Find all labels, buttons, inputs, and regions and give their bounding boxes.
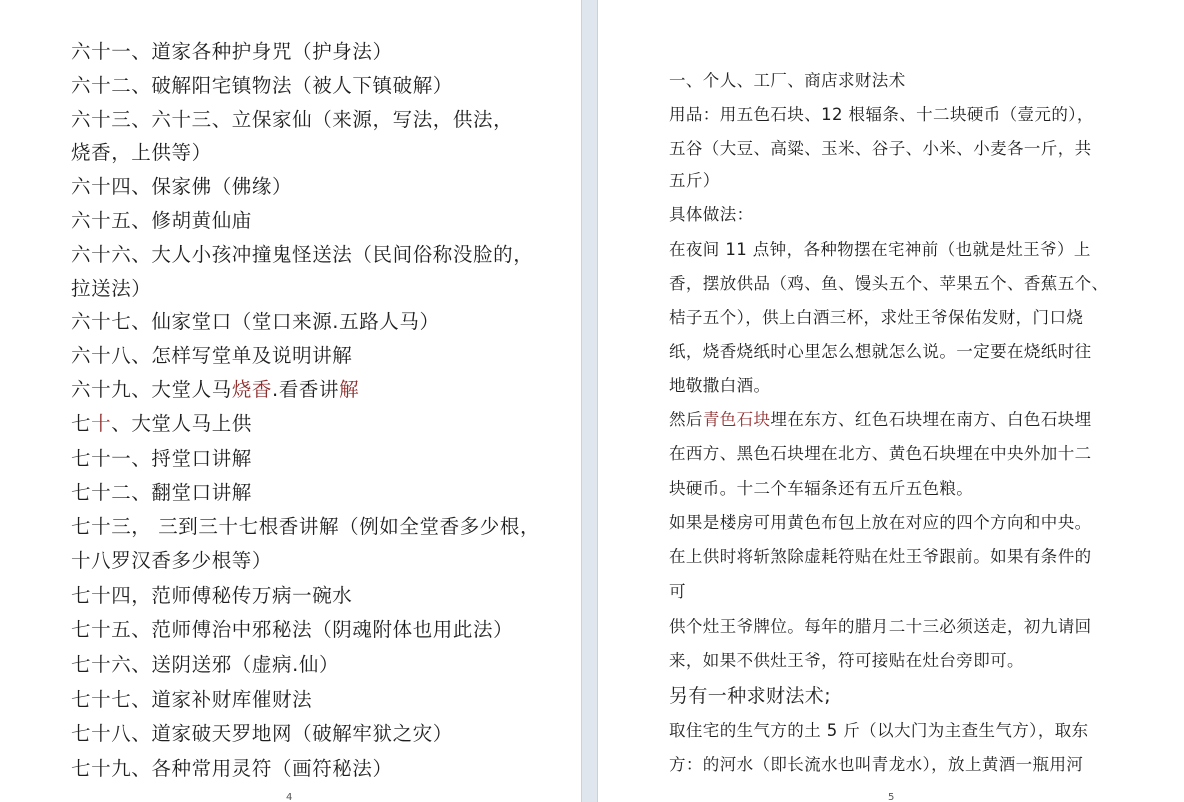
- section-title: 一、个人、工厂、商店求财法术: [669, 73, 906, 90]
- toc-line: 六十四、保家佛（佛缘）: [71, 177, 292, 197]
- document-page-5: 一、个人、工厂、商店求财法术 用品：用五色石块、12 根辐条、十二块硬币（壹元的…: [598, 0, 1184, 802]
- body-line: 地敬撒白酒。: [669, 378, 770, 395]
- toc-line: 十八罗汉香多少根等）: [71, 551, 272, 571]
- body-line: 五谷（大豆、高粱、玉米、谷子、小米、小麦各一斤，共: [669, 141, 1092, 158]
- body-line: 如果是楼房可用黄色布包上放在对应的四个方向和中央。: [669, 515, 1092, 532]
- toc-line: 六十七、仙家堂口（堂口来源.五路人马）: [71, 312, 440, 332]
- body-text: 然后: [669, 410, 703, 429]
- body-line: 在上供时将斩煞除虚耗符贴在灶王爷跟前。如果有条件的: [669, 549, 1092, 566]
- body-line: 在夜间 11 点钟，各种物摆在宅神前（也就是灶王爷）上: [669, 242, 1091, 259]
- body-line: 桔子五个），供上白酒三杯，求灶王爷保佑发财，门口烧: [669, 310, 1083, 327]
- toc-line: 六十八、怎样写堂单及说明讲解: [71, 346, 352, 366]
- toc-line: 七十一、捋堂口讲解: [71, 449, 252, 469]
- toc-line: 七十八、道家破天罗地网（破解牢狱之灾）: [71, 724, 453, 744]
- toc-line: 七十四，范师傅秘传万病一碗水: [71, 586, 352, 606]
- page-number: 4: [286, 793, 292, 802]
- toc-line: 六十一、道家各种护身咒（护身法）: [71, 42, 393, 62]
- highlighted-text: 烧香: [232, 378, 272, 401]
- toc-line: 七十六、送阴送邪（虚病.仙）: [71, 655, 339, 675]
- highlighted-text: 青色石块: [703, 410, 771, 429]
- page-number: 5: [888, 793, 894, 802]
- toc-line: 六十五、修胡黄仙庙: [71, 211, 252, 231]
- body-line: 方：的河水（即长流水也叫青龙水），放上黄酒一瓶用河: [669, 757, 1083, 774]
- body-text: 埋在东方、红色石块埋在南方、白色石块埋: [770, 410, 1091, 429]
- body-line: 块硬币。十二个车辐条还有五斤五色粮。: [669, 481, 973, 498]
- toc-line: 六十二、破解阳宅镇物法（被人下镇破解）: [71, 76, 453, 96]
- toc-line: 七十二、翻堂口讲解: [71, 483, 252, 503]
- toc-line: 拉送法）: [71, 279, 151, 299]
- body-line: 纸，烧香烧纸时心里怎么想就怎么说。一定要在烧纸时往: [669, 344, 1092, 361]
- toc-line: 七十七、道家补财库催财法: [71, 690, 312, 710]
- highlighted-text: 十: [91, 412, 111, 435]
- subsection-heading: 另有一种求财法术;: [669, 687, 831, 706]
- document-page-4: 六十一、道家各种护身咒（护身法） 六十二、破解阳宅镇物法（被人下镇破解） 六十三…: [0, 0, 581, 802]
- toc-text: 七: [71, 412, 91, 435]
- body-line: 来，如果不供灶王爷，符可接贴在灶台旁即可。: [669, 653, 1024, 670]
- page-gutter: [581, 0, 598, 802]
- body-line: 五斤）: [669, 173, 720, 190]
- toc-line: 七十五、范师傅治中邪秘法（阴魂附体也用此法）: [71, 620, 513, 640]
- body-line: 用品：用五色石块、12 根辐条、十二块硬币（壹元的），: [669, 107, 1094, 124]
- body-line-highlighted: 然后青色石块埋在东方、红色石块埋在南方、白色石块埋: [669, 412, 1092, 429]
- body-line: 香，摆放供品（鸡、鱼、馒头五个、苹果五个、香蕉五个、: [669, 276, 1108, 293]
- toc-line: 七十九、各种常用灵符（画符秘法）: [71, 759, 393, 779]
- toc-line: 六十六、大人小孩冲撞鬼怪送法（民间俗称没脸的，: [71, 245, 533, 265]
- toc-line: 七十三， 三到三十七根香讲解（例如全堂香多少根，: [71, 517, 540, 537]
- toc-text: .看香讲: [272, 378, 339, 401]
- toc-text: 六十九、大堂人马: [71, 378, 232, 401]
- body-line: 供个灶王爷牌位。每年的腊月二十三必须送走，初九请回: [669, 619, 1092, 636]
- body-line: 具体做法：: [669, 207, 754, 224]
- toc-line-69: 六十九、大堂人马烧香.看香讲解: [71, 380, 359, 400]
- toc-line: 六十三、六十三、立保家仙（来源，写法，供法，: [71, 110, 513, 130]
- toc-line-70: 七十、大堂人马上供: [71, 414, 252, 434]
- body-line: 在西方、黑色石块埋在北方、黄色石块埋在中央外加十二: [669, 446, 1092, 463]
- highlighted-text: 解: [339, 378, 359, 401]
- toc-text: 、大堂人马上供: [111, 412, 252, 435]
- toc-line: 烧香，上供等）: [71, 143, 212, 163]
- body-line: 可: [669, 584, 686, 601]
- body-line: 取住宅的生气方的土 5 斤（以大门为主查生气方），取东: [669, 723, 1089, 740]
